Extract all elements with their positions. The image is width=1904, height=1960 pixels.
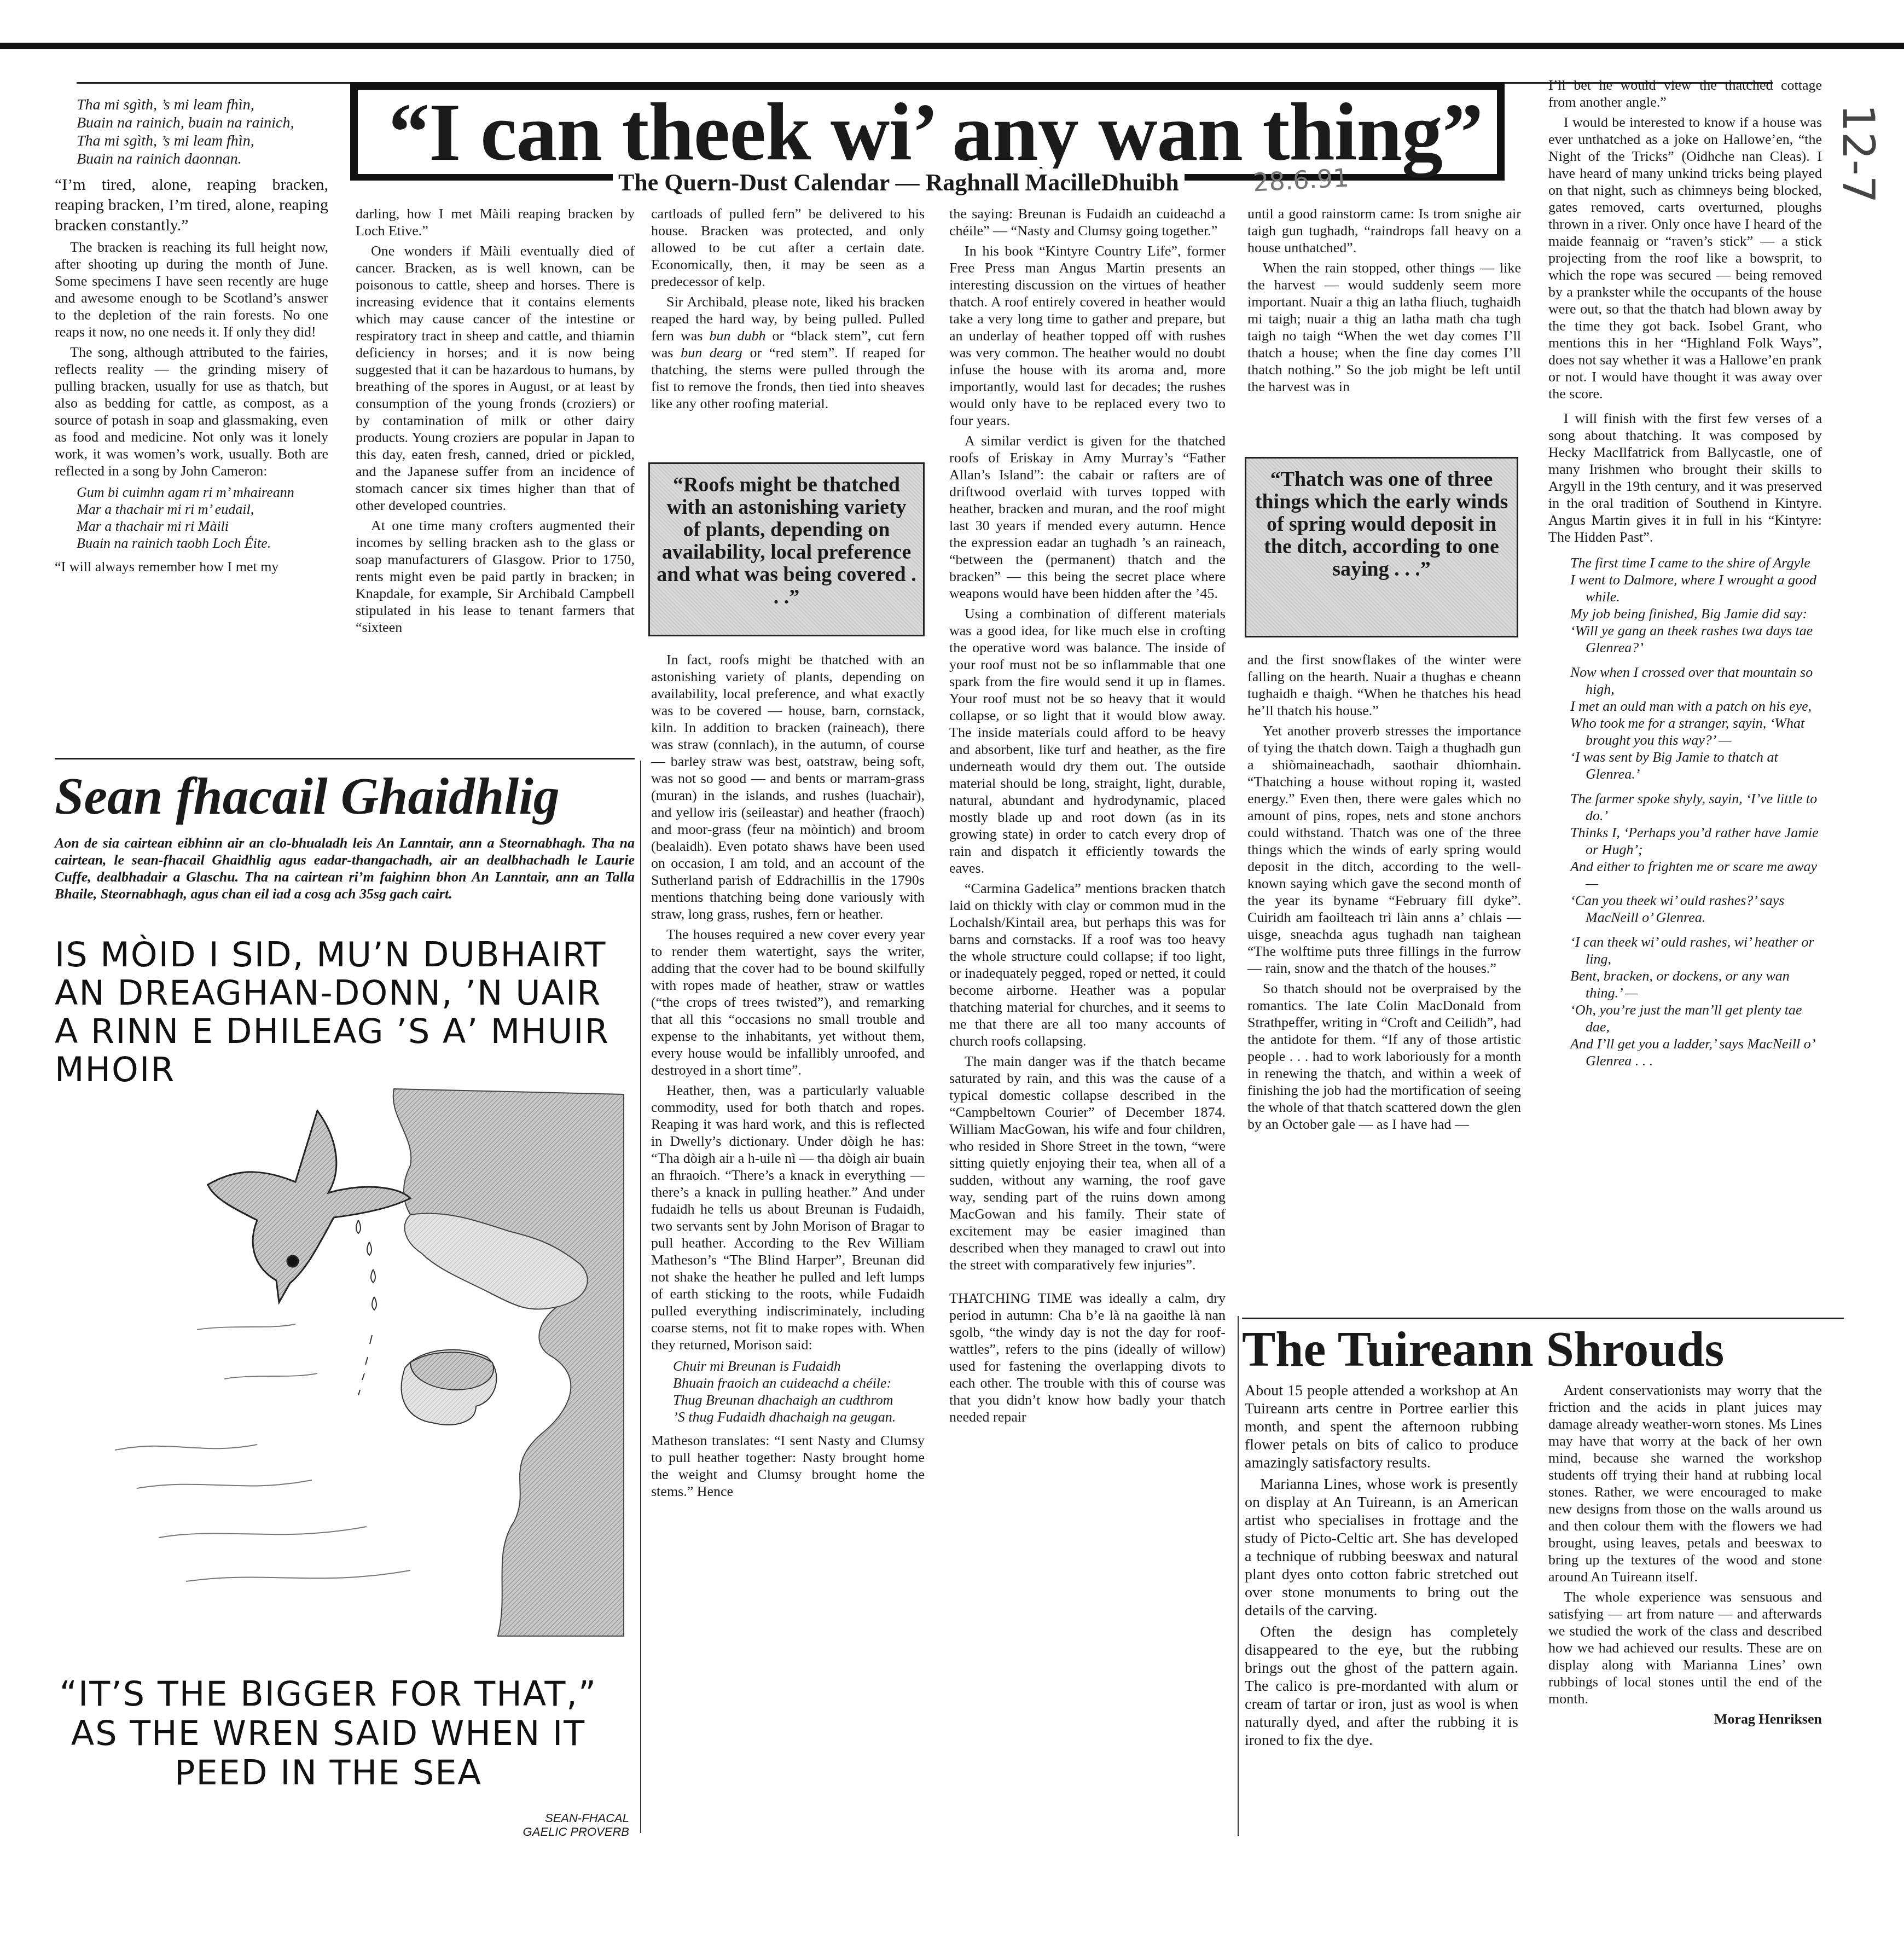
- paragraph: So thatch should not be overpraised by t…: [1247, 980, 1521, 1133]
- pull-quote-roofs: “Roofs might be thatched with an astonis…: [648, 462, 925, 636]
- margin-note: 12-7: [1833, 104, 1884, 204]
- article-column-1: Tha mi sgìth, ’s mi leam fhìn, Buain na …: [55, 96, 328, 578]
- paragraph: Yet another proverb stresses the importa…: [1247, 722, 1521, 977]
- handwritten-date: 28.6.91: [1252, 163, 1350, 197]
- morison-verse: Chuir mi Breunan is Fudaidh Bhuain fraoi…: [673, 1358, 925, 1425]
- paragraph: Often the design has completely disappea…: [1245, 1623, 1518, 1749]
- paragraph: The song, although attributed to the fai…: [55, 344, 328, 479]
- paragraph: and the first snowflakes of the winter w…: [1247, 651, 1521, 719]
- paragraph: When the rain stopped, other things — li…: [1247, 259, 1521, 395]
- paragraph: THATCHING TIME was ideally a calm, dry p…: [949, 1290, 1226, 1425]
- paragraph: In his book “Kintyre Country Life”, form…: [949, 242, 1226, 429]
- top-rule: [0, 43, 1904, 49]
- article-column-6: I’ll bet he would view the thatched cott…: [1548, 77, 1822, 1076]
- tuireann-title: The Tuireann Shrouds: [1242, 1319, 1849, 1379]
- paragraph: I’ll bet he would view the thatched cott…: [1548, 77, 1822, 111]
- article-column-3: cartloads of pulled fern” be delivered t…: [651, 205, 925, 415]
- paragraph: darling, how I met Màili reaping bracken…: [356, 205, 635, 239]
- paragraph: “I will always remember how I met my: [55, 558, 328, 575]
- paragraph: The bracken is reaching its full height …: [55, 239, 328, 340]
- section-rule: [55, 758, 635, 759]
- paragraph: One wonders if Màili eventually died of …: [356, 242, 635, 514]
- byline: The Quern-Dust Calendar — Raghnall Macil…: [613, 169, 1185, 196]
- proverb-gaelic: IS MÒID I SID, MU’N DUBHAIRT AN DREAGHAN…: [55, 936, 635, 1089]
- column-divider: [640, 761, 641, 1833]
- paragraph: I would be interested to know if a house…: [1548, 114, 1822, 402]
- sean-fhacail-intro: Aon de sia cairtean eibhinn air an clo-b…: [55, 834, 635, 902]
- author-signature: Morag Henriksen: [1548, 1710, 1822, 1727]
- paragraph: Matheson translates: “I sent Nasty and C…: [651, 1432, 925, 1500]
- tuireann-column-1: About 15 people attended a workshop at A…: [1245, 1382, 1518, 1753]
- article-column-4: the saying: Breunan is Fudaidh an cuidea…: [949, 205, 1226, 1429]
- opening-verse: Tha mi sgìth, ’s mi leam fhìn, Buain na …: [77, 96, 328, 168]
- proverb-credit: SEAN-FHACAL GAELIC PROVERB: [471, 1811, 629, 1839]
- paragraph: At one time many crofters augmented thei…: [356, 517, 635, 636]
- column-divider: [1238, 1316, 1239, 1836]
- paragraph: The main danger was if the thatch became…: [949, 1053, 1226, 1273]
- verse-translation: “I’m tired, alone, reaping bracken, reap…: [55, 175, 328, 235]
- paragraph: “Carmina Gadelica” mentions bracken that…: [949, 880, 1226, 1049]
- paragraph: cartloads of pulled fern” be delivered t…: [651, 205, 925, 290]
- paragraph: Ardent conservationists may worry that t…: [1548, 1382, 1822, 1585]
- article-column-3-cont: In fact, roofs might be thatched with an…: [651, 651, 925, 1503]
- paragraph: Heather, then, was a particularly valuab…: [651, 1082, 925, 1353]
- article-column-5: until a good rainstorm came: Is trom sni…: [1247, 205, 1521, 398]
- tuireann-column-2: Ardent conservationists may worry that t…: [1548, 1382, 1822, 1727]
- paragraph: In fact, roofs might be thatched with an…: [651, 651, 925, 923]
- paragraph: Marianna Lines, whose work is presently …: [1245, 1475, 1518, 1620]
- paragraph: I will finish with the first few verses …: [1548, 410, 1822, 546]
- paragraph: until a good rainstorm came: Is trom sni…: [1247, 205, 1521, 256]
- paragraph: the saying: Breunan is Fudaidh an cuidea…: [949, 205, 1226, 239]
- paragraph: Using a combination of different materia…: [949, 605, 1226, 877]
- proverb-english: “IT’S THE BIGGER FOR THAT,” AS THE WREN …: [38, 1674, 618, 1793]
- wren-illustration-icon: [60, 1072, 629, 1642]
- paragraph: A similar verdict is given for the thatc…: [949, 432, 1226, 602]
- paragraph: About 15 people attended a workshop at A…: [1245, 1382, 1518, 1472]
- thatching-song: The first time I came to the shire of Ar…: [1570, 554, 1822, 1069]
- pull-quote-thatch: “Thatch was one of three things which th…: [1245, 457, 1518, 637]
- sean-fhacail-title: Sean fhacail Ghaidhlig: [55, 766, 560, 826]
- article-column-5-cont: and the first snowflakes of the winter w…: [1247, 651, 1521, 1136]
- song-verse: Gum bi cuimhn agam ri m’ mhaireann Mar a…: [77, 484, 328, 552]
- article-column-2: darling, how I met Màili reaping bracken…: [356, 205, 635, 639]
- paragraph: The whole experience was sensuous and sa…: [1548, 1588, 1822, 1707]
- paragraph: The houses required a new cover every ye…: [651, 926, 925, 1078]
- paragraph: Sir Archibald, please note, liked his br…: [651, 293, 925, 412]
